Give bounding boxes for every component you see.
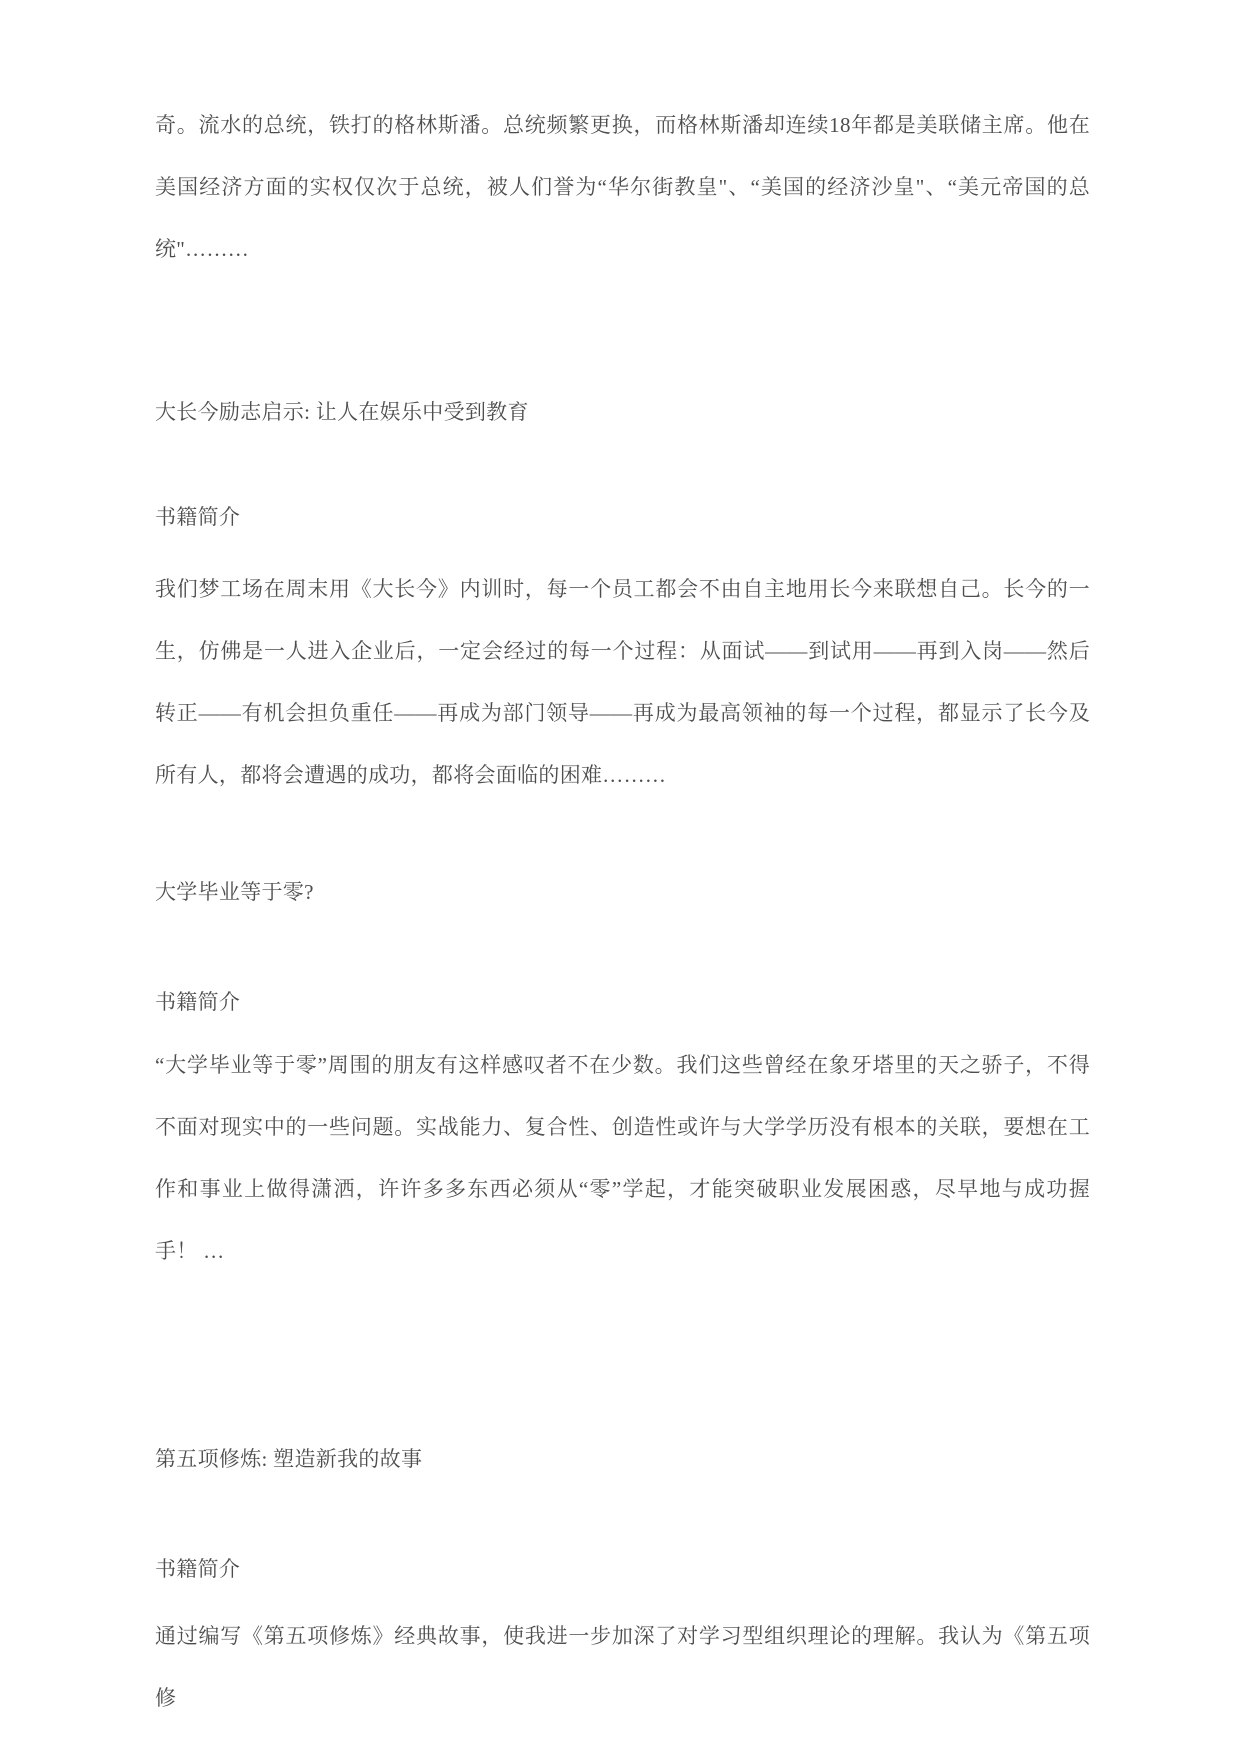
paragraph-fifth-discipline-intro: 通过编写《第五项修炼》经典故事，使我进一步加深了对学习型组织理论的理解。我认为《… (155, 1605, 1090, 1729)
book-intro-label-1: 书籍简介 (155, 486, 1090, 548)
paragraph-dachangjin-intro: 我们梦工场在周末用《大长今》内训时，每一个员工都会不由自主地用长今来联想自己。长… (155, 558, 1090, 806)
heading-college-graduation-zero: 大学毕业等于零? (155, 861, 1090, 923)
heading-fifth-discipline: 第五项修炼: 塑造新我的故事 (155, 1428, 1090, 1490)
paragraph-college-zero-intro: “大学毕业等于零”周围的朋友有这样感叹者不在少数。我们这些曾经在象牙塔里的天之骄… (155, 1034, 1090, 1282)
book-intro-label-2: 书籍简介 (155, 971, 1090, 1033)
paragraph-greenspan-continued: 奇。流水的总统，铁打的格林斯潘。总统频繁更换，而格林斯潘却连续18年都是美联储主… (155, 94, 1090, 280)
book-intro-label-3: 书籍简介 (155, 1538, 1090, 1600)
document-page: 奇。流水的总统，铁打的格林斯潘。总统频繁更换，而格林斯潘却连续18年都是美联储主… (0, 0, 1241, 1754)
heading-dachangjin: 大长今励志启示: 让人在娱乐中受到教育 (155, 381, 1090, 443)
